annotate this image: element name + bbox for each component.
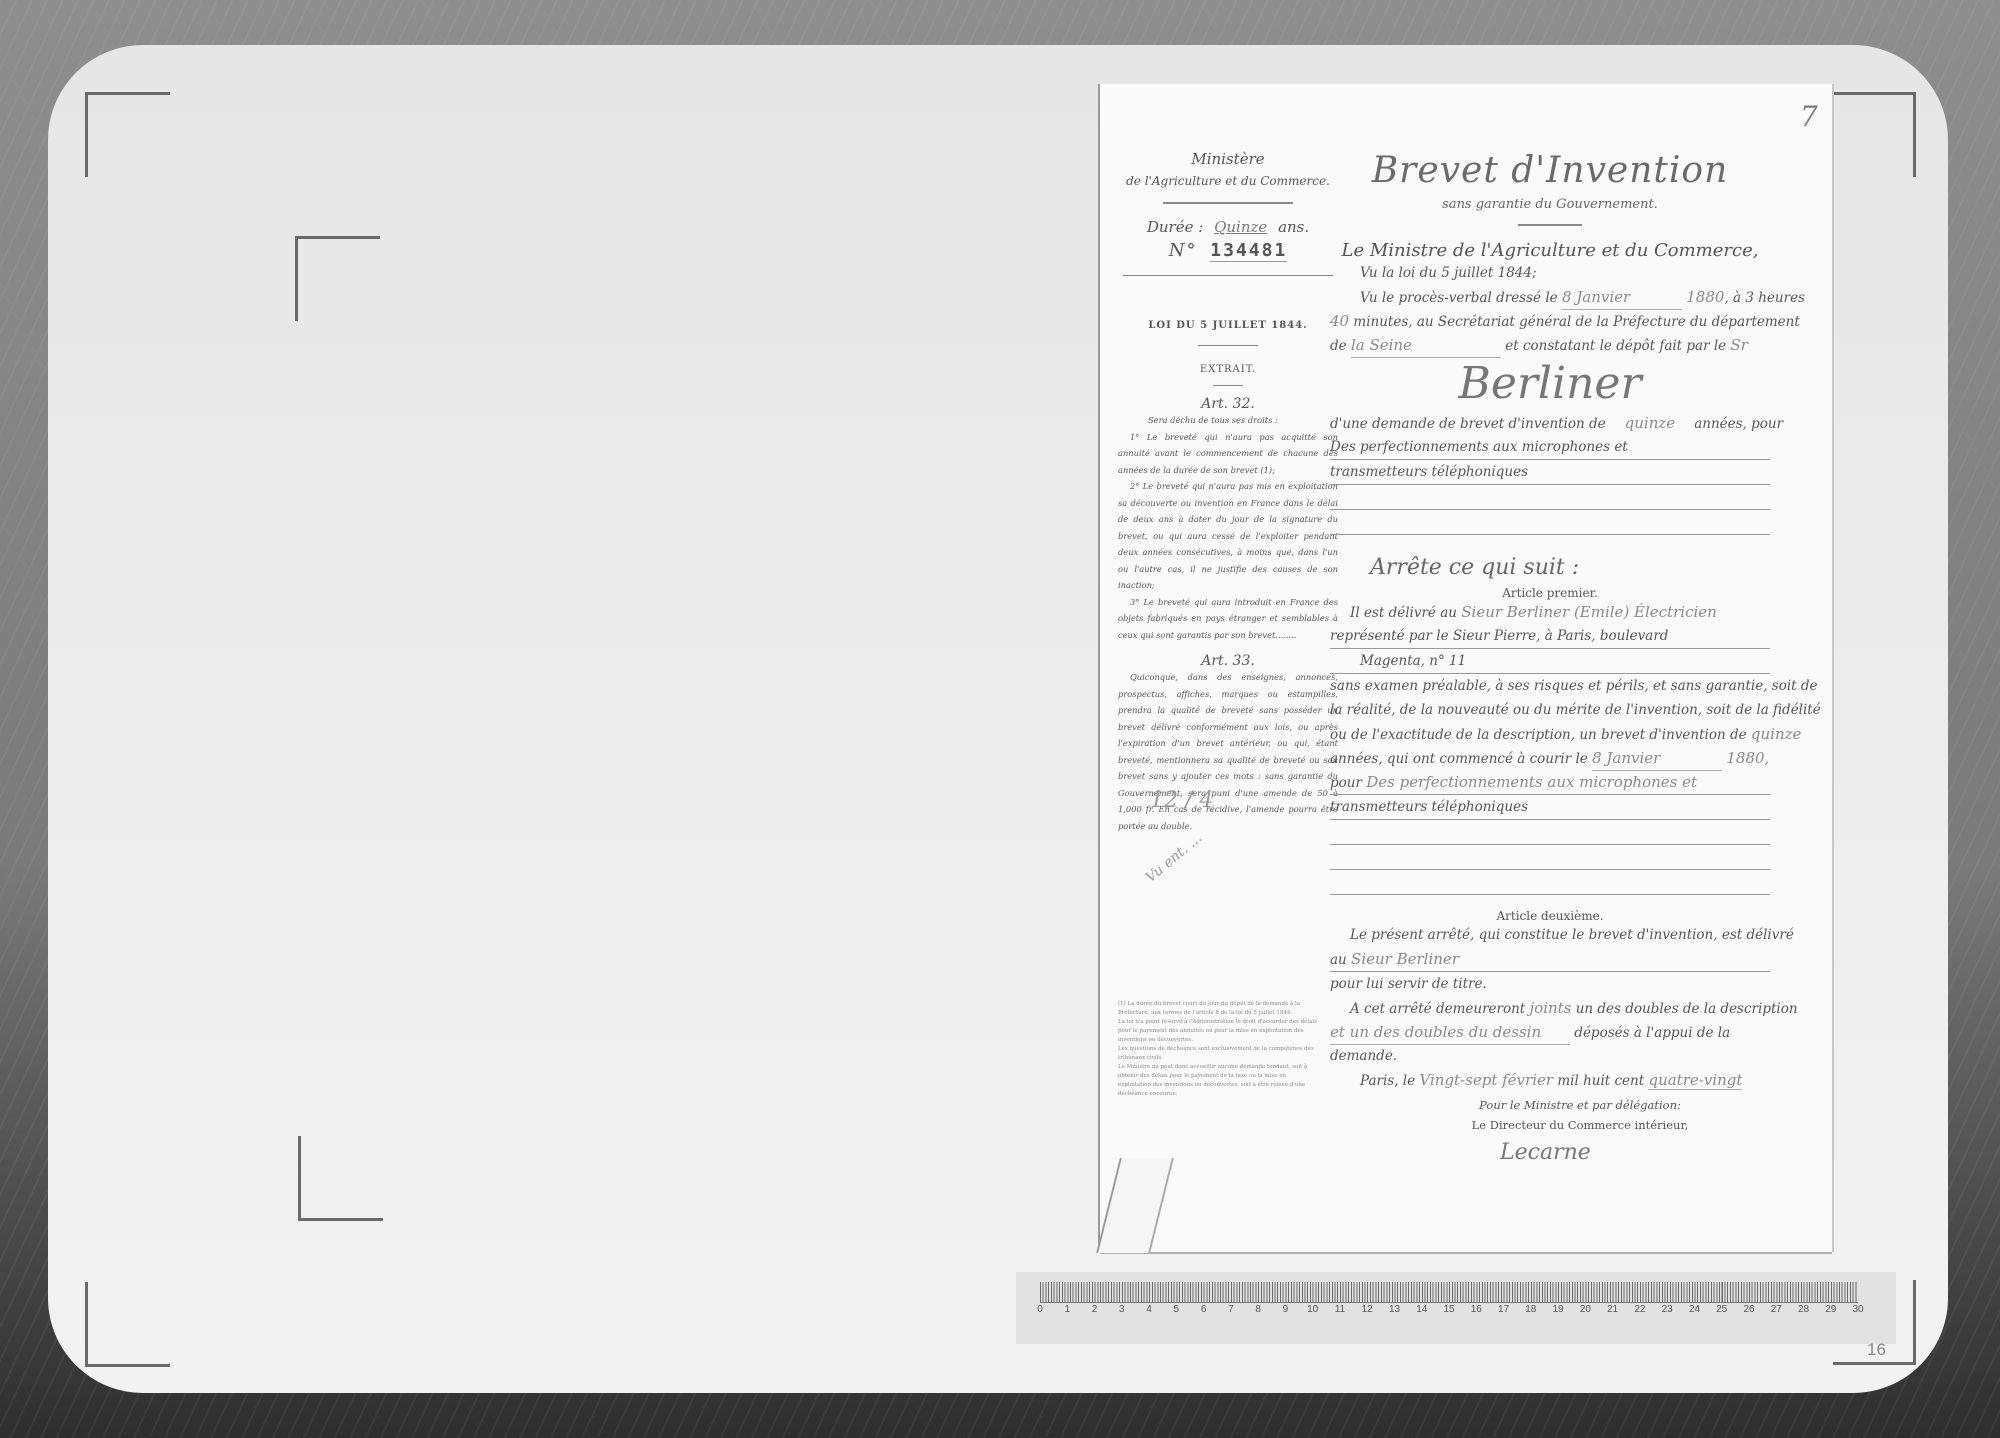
ruler-label: 2 [1092, 1304, 1098, 1315]
extract-heading: EXTRAIT. [1118, 364, 1338, 375]
ruler-label: 27 [1771, 1304, 1782, 1315]
demande-prefix: d'une demande de brevet d'invention de [1330, 416, 1606, 432]
footnote-para: La loi n'a point réservé à l'Administrat… [1118, 1018, 1318, 1045]
ruler-ticks [1040, 1282, 1858, 1303]
law-title: LOI DU 5 JUILLET 1844. [1118, 320, 1338, 331]
patent-number-line: N° 134481 [1118, 240, 1338, 261]
ornament-divider [1198, 345, 1258, 346]
demande-suffix: années, pour [1694, 416, 1783, 432]
ruler-label: 10 [1307, 1304, 1318, 1315]
date-year: quatre-vingt [1648, 1071, 1742, 1090]
duration-label: Durée : [1147, 218, 1203, 236]
art2-line-4: A cet arrêté demeureront joints un des d… [1350, 996, 1770, 1020]
ruler-label: 26 [1743, 1304, 1754, 1315]
article-32-title: Art. 32. [1118, 396, 1338, 412]
ruler-label: 1 [1065, 1304, 1071, 1315]
ruler-label: 8 [1255, 1304, 1261, 1315]
ruler-label: 12 [1362, 1304, 1373, 1315]
art1-body-3: ou de l'exactitude de la description, un… [1330, 722, 1770, 746]
blank-rule [1330, 485, 1770, 510]
pv-time: à 3 heures [1733, 290, 1805, 306]
ruler-label: 19 [1553, 1304, 1564, 1315]
crop-mark-top-left-outer [85, 92, 170, 177]
ruler-label: 18 [1525, 1304, 1536, 1315]
art2-line4-suffix: un des doubles de la description [1576, 1001, 1798, 1017]
ornament-divider [1163, 202, 1293, 204]
ruler-label: 28 [1798, 1304, 1809, 1315]
ruler-label: 30 [1852, 1304, 1863, 1315]
art2-line3-suffix: servir de titre. [1388, 976, 1487, 992]
dept-prefix: de [1330, 338, 1347, 354]
ruler-labels: 0 1 2 3 4 5 6 7 8 9 10 11 12 13 14 15 16… [1040, 1304, 1880, 1320]
article-32-para: 1° Le breveté qui n'aura pas acquitté so… [1118, 429, 1338, 479]
right-column: Brevet d'Invention sans garantie du Gouv… [1330, 150, 1770, 1165]
date-day: Vingt-sept février [1419, 1071, 1553, 1089]
ruler-label: 14 [1416, 1304, 1427, 1315]
duration-line: Durée : Quinze ans. [1118, 218, 1338, 236]
depot-text: et constatant le dépôt fait par le [1505, 338, 1726, 354]
invention-line-2: transmetteurs téléphoniques [1330, 460, 1770, 485]
date-mid: mil huit cent [1557, 1073, 1644, 1089]
blank-rule [1330, 870, 1770, 895]
ruler-label: 20 [1580, 1304, 1591, 1315]
art1-body-1: sans examen préalable, à ses risques et … [1330, 674, 1770, 698]
art1-invention-line-1: pour Des perfectionnements aux microphon… [1330, 770, 1770, 795]
blank-rule [1330, 510, 1770, 535]
department-line: de la Seine et constatant le dépôt fait … [1330, 333, 1770, 357]
ruler-label: 23 [1662, 1304, 1673, 1315]
document-subtitle: sans garantie du Gouvernement. [1330, 197, 1770, 212]
article-32-para: Sera déchu de tous ses droits : [1118, 412, 1338, 429]
demande-duration: quinze [1610, 411, 1690, 435]
ministry-line2: de l'Agriculture et du Commerce. [1118, 174, 1338, 188]
art2-line-1: Le présent arrêté, qui constitue le brev… [1350, 923, 1770, 947]
art2-line5-value: et un des doubles du dessin [1330, 1020, 1570, 1045]
vu-loi-line: Vu la loi du 5 juillet 1844; [1360, 261, 1770, 285]
art1-body-4: années, qui ont commencé à courir le 8 J… [1330, 746, 1770, 770]
article-33-title: Art. 33. [1118, 653, 1338, 669]
art1-prefix: Il est délivré au [1350, 605, 1457, 621]
folio-number: 7 [1800, 100, 1818, 133]
pv-prefix: Vu le procès-verbal dressé le [1360, 290, 1558, 306]
ruler-label: 9 [1283, 1304, 1289, 1315]
applicant-name: Berliner [1330, 357, 1770, 411]
ruler-label: 0 [1037, 1304, 1043, 1315]
ornament-divider [1213, 385, 1243, 386]
ruler-label: 16 [1471, 1304, 1482, 1315]
duration-suffix: ans. [1278, 218, 1309, 236]
footnote-para: Le Ministre ne peut donc accueillir aucu… [1118, 1063, 1318, 1099]
art2-line-5: et un des doubles du dessin déposés à l'… [1330, 1020, 1770, 1044]
article-32-para: 2° Le breveté qui n'aura pas mis en expl… [1118, 478, 1338, 594]
article-1-title: Article premier. [1330, 586, 1770, 600]
article-32-text: Sera déchu de tous ses droits : 1° Le br… [1118, 412, 1338, 643]
ruler-label: 15 [1443, 1304, 1454, 1315]
footnote-para: (1) La durée du brevet court du jour du … [1118, 1000, 1318, 1018]
art1-line-1: Il est délivré au Sieur Berliner (Emile)… [1350, 600, 1770, 624]
crop-mark-top-left-inner [295, 236, 380, 321]
date-prefix: Paris, le [1360, 1073, 1415, 1089]
minister-heading: Le Ministre de l'Agriculture et du Comme… [1330, 240, 1770, 261]
art1-body-4-year: 1880, [1726, 749, 1769, 767]
left-column: Ministère de l'Agriculture et du Commerc… [1118, 150, 1338, 834]
art1-line-2: représenté par le Sieur Pierre, à Paris,… [1330, 624, 1770, 649]
art2-line-2: au Sieur Berliner [1330, 947, 1770, 972]
ornament-divider [1123, 275, 1333, 276]
ruler-label: 22 [1634, 1304, 1645, 1315]
proces-verbal-line-2: 40 minutes, au Secrétariat général de la… [1330, 309, 1770, 333]
proces-verbal-line: Vu le procès-verbal dressé le 8 Janvier … [1360, 285, 1770, 309]
pv-minutes: 40 [1330, 312, 1349, 330]
crop-mark-bottom-left-inner [298, 1136, 383, 1221]
ruler-label: 4 [1146, 1304, 1152, 1315]
measurement-ruler: 0 1 2 3 4 5 6 7 8 9 10 11 12 13 14 15 16… [1016, 1272, 1896, 1344]
patent-number: 134481 [1210, 240, 1287, 262]
ruler-label: 29 [1825, 1304, 1836, 1315]
art2-line-6: demande. [1330, 1044, 1770, 1068]
depot-title: Sr [1730, 336, 1747, 354]
ruler-label: 11 [1335, 1304, 1345, 1315]
document-title: Brevet d'Invention [1330, 150, 1770, 191]
ruler-label: 5 [1174, 1304, 1180, 1315]
art1-body-3-prefix: ou de l'exactitude de la description, un… [1330, 727, 1747, 743]
demande-line: d'une demande de brevet d'invention de q… [1330, 411, 1770, 435]
footnote: (1) La durée du brevet court du jour du … [1118, 1000, 1318, 1099]
signature-line-2: Le Directeur du Commerce intérieur, [1390, 1118, 1770, 1132]
ministry-line1: Ministère [1118, 150, 1338, 168]
blank-rule [1330, 845, 1770, 870]
number-label: N° [1169, 240, 1198, 261]
ruler-label: 6 [1201, 1304, 1207, 1315]
art2-prefix: au [1330, 952, 1347, 968]
art1-body-4-date: 8 Janvier [1592, 746, 1722, 771]
signature-line-1: Pour le Ministre et par délégation: [1390, 1098, 1770, 1112]
sheet-number: 16 [1867, 1340, 1886, 1360]
margin-note-fraction: 12 / 4 [1150, 788, 1213, 813]
ruler-label: 25 [1716, 1304, 1727, 1315]
article-32-para: 3° Le breveté qui aura introduit en Fran… [1118, 594, 1338, 644]
date-line: Paris, le Vingt-sept février mil huit ce… [1360, 1068, 1770, 1092]
art2-line3-prefix: pour lui [1330, 976, 1384, 992]
ornament-divider [1518, 224, 1582, 226]
dept-value: la Seine [1351, 333, 1501, 358]
ruler-label: 13 [1389, 1304, 1400, 1315]
art1-pour: pour [1330, 775, 1362, 791]
art2-line4-value: joints [1530, 999, 1572, 1017]
signature: Lecarne [1500, 1140, 1770, 1165]
art2-recipient: Sieur Berliner [1351, 950, 1459, 968]
art1-line-3: Magenta, n° 11 [1330, 649, 1770, 674]
art1-body-3-value: quinze [1751, 725, 1802, 743]
arrete-heading: Arrête ce qui suit : [1370, 555, 1770, 580]
art1-body-4-prefix: années, qui ont commencé à courir le [1330, 751, 1588, 767]
art2-line-3: pour lui servir de titre. [1330, 972, 1770, 996]
art1-body-2: la réalité, de la nouveauté ou du mérite… [1330, 698, 1770, 722]
pv-date: 8 Janvier [1562, 285, 1682, 310]
ruler-label: 24 [1689, 1304, 1700, 1315]
footnote-para: Les questions de déchéance sont exclusiv… [1118, 1045, 1318, 1063]
ruler-label: 3 [1119, 1304, 1125, 1315]
article-2-title: Article deuxième. [1330, 909, 1770, 923]
art2-line5-suffix: déposés à l'appui de la [1574, 1025, 1730, 1041]
ruler-label: 17 [1498, 1304, 1509, 1315]
art1-invention-1: Des perfectionnements aux microphones et [1366, 773, 1697, 791]
art2-line4-prefix: A cet arrêté demeureront [1350, 1001, 1525, 1017]
blank-rule [1330, 820, 1770, 845]
pv-year: 1880 [1686, 288, 1724, 306]
crop-mark-top-right-outer [1833, 92, 1916, 177]
art1-invention-line-2: transmetteurs téléphoniques [1330, 795, 1770, 820]
ruler-label: 7 [1228, 1304, 1234, 1315]
pv-line2: minutes, au Secrétariat général de la Pr… [1353, 314, 1799, 330]
invention-line-1: Des perfectionnements aux microphones et [1330, 435, 1770, 460]
crop-mark-bottom-left-outer [85, 1282, 170, 1367]
duration-value: Quinze [1208, 218, 1273, 236]
art1-recipient: Sieur Berliner (Emile) Électricien [1461, 603, 1717, 621]
ruler-label: 21 [1607, 1304, 1618, 1315]
